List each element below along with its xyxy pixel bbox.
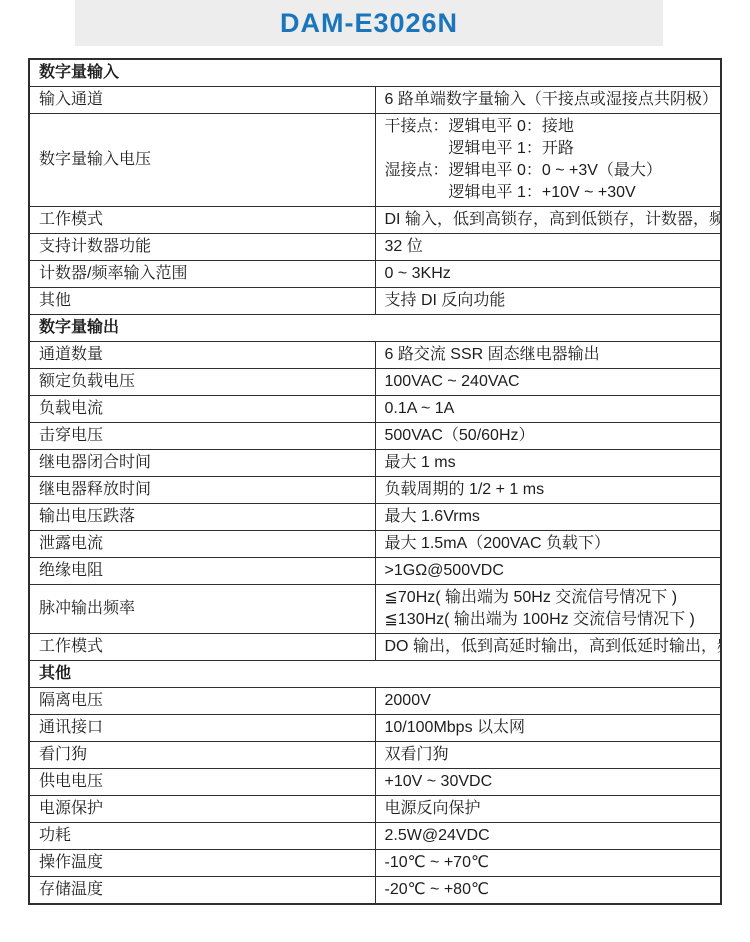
spec-value-line: 干接点：逻辑电平 0：接地 [385,116,712,138]
spec-value: 电源反向保护 [375,796,721,823]
table-row: 继电器释放时间负载周期的 1/2 + 1 ms [29,477,721,504]
spec-label: 工作模式 [29,634,375,661]
spec-label: 通讯接口 [29,715,375,742]
table-row: 存储温度-20℃ ~ +80℃ [29,877,721,905]
table-row: 负载电流0.1A ~ 1A [29,396,721,423]
table-row: 操作温度-10℃ ~ +70℃ [29,850,721,877]
spec-value: 最大 1.6Vrms [375,504,721,531]
spec-label: 功耗 [29,823,375,850]
spec-value-line: DO 输出，低到高延时输出，高到低延时输出，频率输出 [385,636,712,658]
spec-value: 0.1A ~ 1A [375,396,721,423]
table-row: 泄露电流最大 1.5mA（200VAC 负载下） [29,531,721,558]
table-row: 脉冲输出频率≦70Hz( 输出端为 50Hz 交流信号情况下 )≦130Hz( … [29,585,721,634]
table-row: 功耗2.5W@24VDC [29,823,721,850]
spec-value: 2.5W@24VDC [375,823,721,850]
spec-value-line: 最大 1.6Vrms [385,506,712,528]
spec-value: 0 ~ 3KHz [375,261,721,288]
spec-value-line: 0.1A ~ 1A [385,398,712,420]
spec-table: 数字量输入输入通道6 路单端数字量输入（干接点或湿接点共阴极）数字量输入电压干接… [28,58,722,905]
spec-label: 输出电压跌落 [29,504,375,531]
spec-label: 操作温度 [29,850,375,877]
spec-label: 其他 [29,288,375,315]
spec-value: 10/100Mbps 以太网 [375,715,721,742]
spec-value-line: 最大 1.5mA（200VAC 负载下） [385,533,712,555]
table-row: 看门狗双看门狗 [29,742,721,769]
spec-label: 额定负载电压 [29,369,375,396]
spec-value: +10V ~ 30VDC [375,769,721,796]
spec-value-line: 2000V [385,690,712,712]
spec-label: 通道数量 [29,342,375,369]
table-row: 额定负载电压100VAC ~ 240VAC [29,369,721,396]
spec-value-line: 500VAC（50/60Hz） [385,425,712,447]
section-header-row: 其他 [29,661,721,688]
spec-value: 32 位 [375,234,721,261]
table-row: 工作模式DI 输入，低到高锁存，高到低锁存，计数器，频率测量 [29,207,721,234]
spec-value-line: 湿接点：逻辑电平 0：0 ~ +3V（最大） [385,160,712,182]
spec-label: 输入通道 [29,87,375,114]
spec-value: -10℃ ~ +70℃ [375,850,721,877]
table-row: 通讯接口10/100Mbps 以太网 [29,715,721,742]
table-row: 输入通道6 路单端数字量输入（干接点或湿接点共阴极） [29,87,721,114]
spec-value-line: 2.5W@24VDC [385,825,712,847]
spec-value: 最大 1.5mA（200VAC 负载下） [375,531,721,558]
spec-label: 泄露电流 [29,531,375,558]
spec-value-line: 10/100Mbps 以太网 [385,717,712,739]
table-row: 工作模式DO 输出，低到高延时输出，高到低延时输出，频率输出 [29,634,721,661]
spec-label: 计数器/频率输入范围 [29,261,375,288]
spec-value-line: 0 ~ 3KHz [385,263,712,285]
spec-label: 继电器释放时间 [29,477,375,504]
spec-value-line: 逻辑电平 1：开路 [385,138,712,160]
section-header: 其他 [29,661,721,688]
spec-label: 隔离电压 [29,688,375,715]
spec-label: 继电器闭合时间 [29,450,375,477]
table-row: 支持计数器功能32 位 [29,234,721,261]
spec-value-line: 100VAC ~ 240VAC [385,371,712,393]
section-header: 数字量输入 [29,59,721,87]
spec-value-line: 32 位 [385,236,712,258]
spec-value-line: >1GΩ@500VDC [385,560,712,582]
spec-value: 6 路交流 SSR 固态继电器输出 [375,342,721,369]
spec-value: 2000V [375,688,721,715]
spec-value-line: 逻辑电平 1：+10V ~ +30V [385,182,712,204]
page-banner: DAM-E3026N [75,0,663,46]
table-row: 通道数量6 路交流 SSR 固态继电器输出 [29,342,721,369]
spec-value: 双看门狗 [375,742,721,769]
spec-label: 数字量输入电压 [29,114,375,207]
spec-value-line: ≦70Hz( 输出端为 50Hz 交流信号情况下 ) [385,587,712,609]
spec-value-line: 电源反向保护 [385,798,712,820]
table-row: 输出电压跌落最大 1.6Vrms [29,504,721,531]
spec-value: 6 路单端数字量输入（干接点或湿接点共阴极） [375,87,721,114]
product-title: DAM-E3026N [280,8,458,39]
spec-value: 100VAC ~ 240VAC [375,369,721,396]
spec-value: ≦70Hz( 输出端为 50Hz 交流信号情况下 )≦130Hz( 输出端为 1… [375,585,721,634]
spec-value-line: -20℃ ~ +80℃ [385,879,712,901]
spec-value-line: DI 输入，低到高锁存，高到低锁存，计数器，频率测量 [385,209,712,231]
section-header-row: 数字量输出 [29,315,721,342]
spec-value-line: 负载周期的 1/2 + 1 ms [385,479,712,501]
spec-value-line: ≦130Hz( 输出端为 100Hz 交流信号情况下 ) [385,609,712,631]
spec-value-line: 最大 1 ms [385,452,712,474]
spec-label: 负载电流 [29,396,375,423]
spec-value: DI 输入，低到高锁存，高到低锁存，计数器，频率测量 [375,207,721,234]
table-row: 绝缘电阻>1GΩ@500VDC [29,558,721,585]
spec-value-line: 6 路单端数字量输入（干接点或湿接点共阴极） [385,89,712,111]
section-header: 数字量输出 [29,315,721,342]
table-row: 继电器闭合时间最大 1 ms [29,450,721,477]
spec-label: 电源保护 [29,796,375,823]
spec-label: 存储温度 [29,877,375,905]
table-row: 供电电压+10V ~ 30VDC [29,769,721,796]
spec-label: 供电电压 [29,769,375,796]
table-row: 其他支持 DI 反向功能 [29,288,721,315]
spec-value-line: +10V ~ 30VDC [385,771,712,793]
spec-value: 负载周期的 1/2 + 1 ms [375,477,721,504]
spec-value: 最大 1 ms [375,450,721,477]
spec-value: 500VAC（50/60Hz） [375,423,721,450]
spec-value: 支持 DI 反向功能 [375,288,721,315]
spec-label: 绝缘电阻 [29,558,375,585]
spec-value: >1GΩ@500VDC [375,558,721,585]
spec-value-line: 支持 DI 反向功能 [385,290,712,312]
spec-value-line: 6 路交流 SSR 固态继电器输出 [385,344,712,366]
table-row: 数字量输入电压干接点：逻辑电平 0：接地 逻辑电平 1：开路湿接点：逻辑电平 0… [29,114,721,207]
table-row: 隔离电压2000V [29,688,721,715]
spec-label: 工作模式 [29,207,375,234]
section-header-row: 数字量输入 [29,59,721,87]
spec-value: 干接点：逻辑电平 0：接地 逻辑电平 1：开路湿接点：逻辑电平 0：0 ~ +3… [375,114,721,207]
spec-label: 支持计数器功能 [29,234,375,261]
spec-value-line: -10℃ ~ +70℃ [385,852,712,874]
spec-label: 脉冲输出频率 [29,585,375,634]
spec-value: DO 输出，低到高延时输出，高到低延时输出，频率输出 [375,634,721,661]
table-row: 计数器/频率输入范围0 ~ 3KHz [29,261,721,288]
spec-label: 击穿电压 [29,423,375,450]
spec-value-line: 双看门狗 [385,744,712,766]
spec-label: 看门狗 [29,742,375,769]
table-row: 击穿电压500VAC（50/60Hz） [29,423,721,450]
table-row: 电源保护电源反向保护 [29,796,721,823]
spec-value: -20℃ ~ +80℃ [375,877,721,905]
